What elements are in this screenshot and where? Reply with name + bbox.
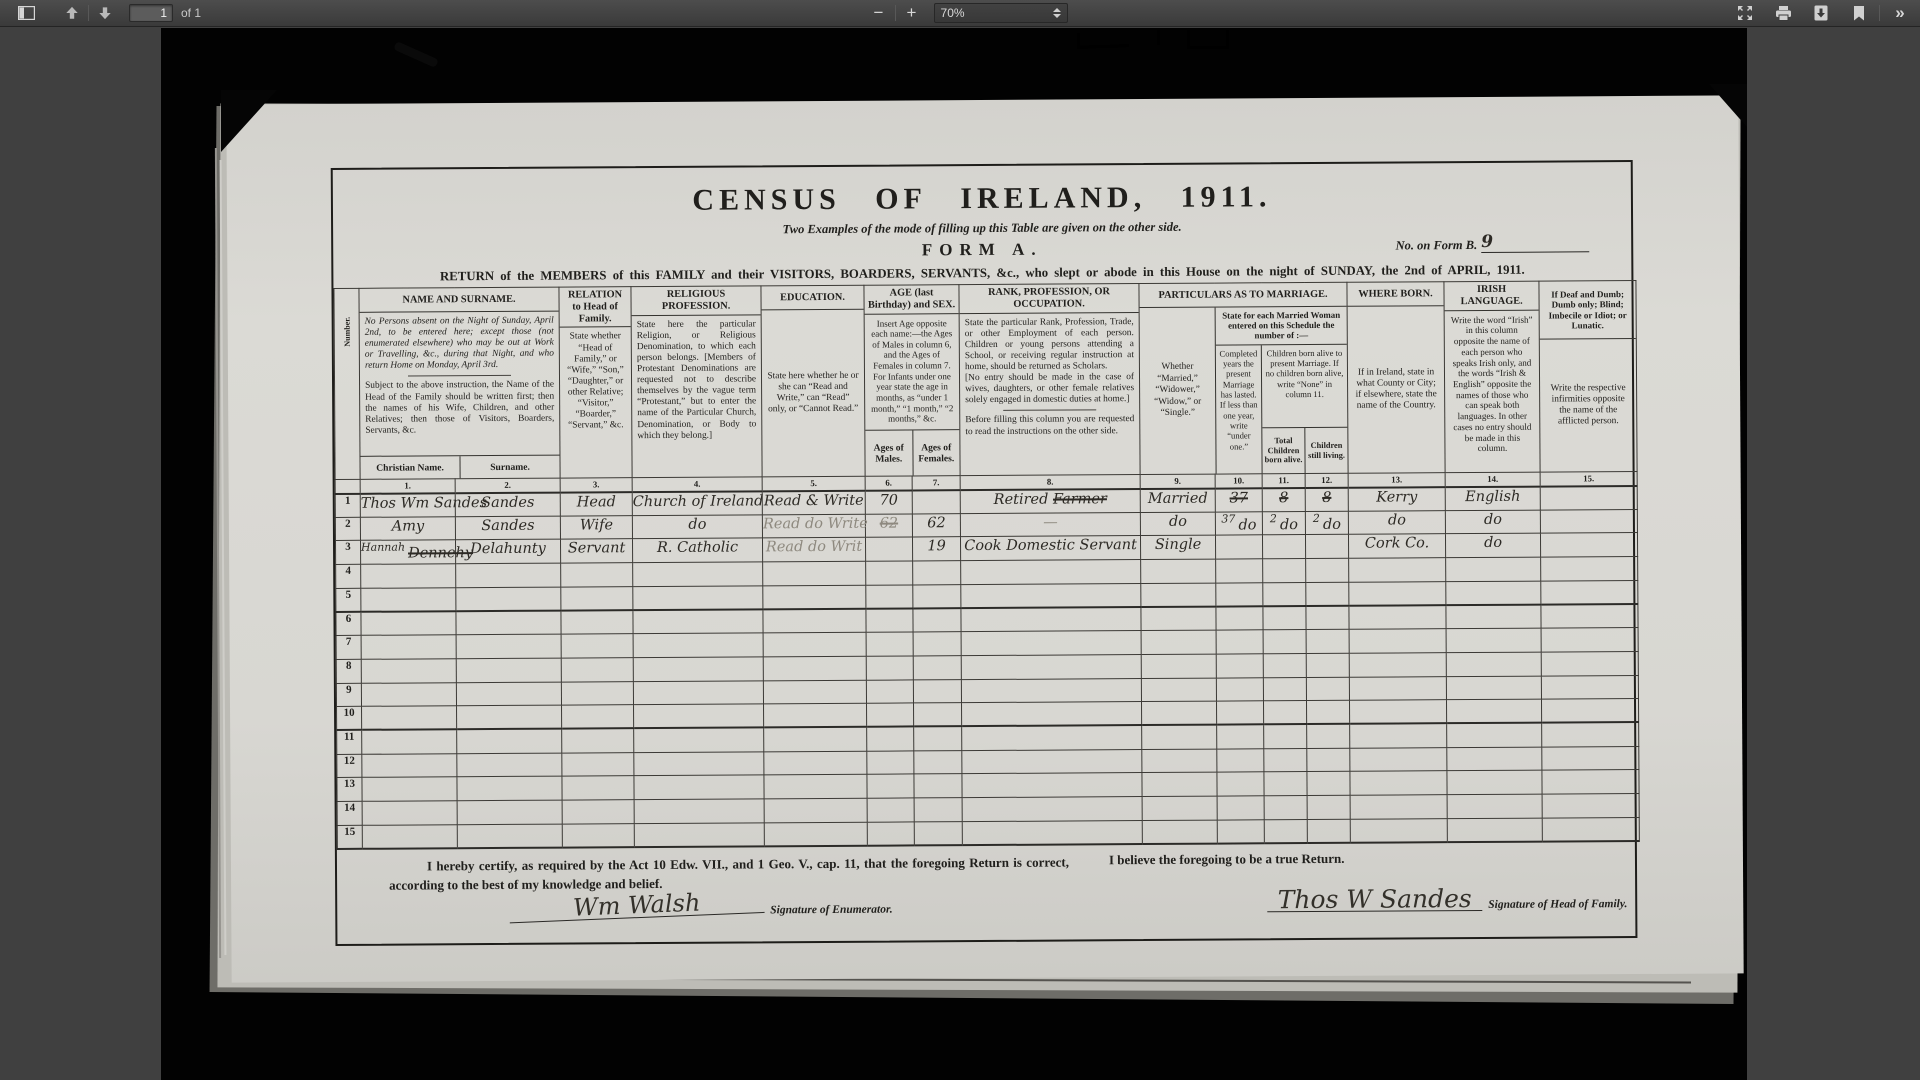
table-cell	[561, 586, 633, 610]
handwritten-entry: Cork Co.	[1365, 536, 1429, 552]
table-cell	[914, 727, 962, 751]
table-cell: —	[960, 512, 1140, 537]
table-cell	[962, 773, 1142, 798]
table-cell	[362, 824, 457, 848]
table-cell	[1141, 630, 1216, 654]
table-cell	[914, 750, 962, 774]
column-number: 3.	[560, 478, 632, 492]
table-cell	[1447, 747, 1542, 771]
occupation-instruction-3: Before filling this column you are reque…	[965, 414, 1134, 436]
table-cell	[362, 801, 457, 825]
name-instruction-1: No Persons absent on the Night of Sunday…	[365, 316, 554, 372]
header-infirmity: If Deaf and Dumb; Dumb only; Blind; Imbe…	[1539, 281, 1637, 473]
table-cell	[1142, 725, 1217, 749]
table-cell	[1542, 817, 1639, 841]
form-b-label: No. on Form B.	[1396, 238, 1478, 253]
column-number: 12.	[1305, 473, 1348, 487]
column-number: 9.	[1140, 474, 1215, 488]
table-cell	[764, 703, 867, 727]
table-cell	[914, 703, 962, 727]
table-cell: 37do	[1215, 511, 1262, 535]
handwritten-entry: Read & Write	[764, 492, 864, 509]
table-cell	[1307, 724, 1350, 748]
table-cell: 37	[1215, 488, 1262, 512]
table-cell	[1541, 628, 1638, 652]
table-cell	[1542, 722, 1639, 746]
zoom-in-button[interactable]: +	[900, 2, 924, 24]
form-b-value: 9	[1481, 232, 1493, 252]
handwritten-entry: 37	[1221, 512, 1235, 525]
table-cell	[456, 587, 561, 611]
download-button[interactable]	[1809, 2, 1833, 24]
zoom-level-value: 70%	[941, 6, 1053, 20]
marriage-years-header: Completed years the present Marriage has…	[1216, 345, 1263, 474]
table-cell	[1142, 772, 1217, 796]
toolbar-divider	[88, 5, 89, 21]
table-cell	[562, 752, 634, 776]
table-cell	[457, 800, 562, 824]
row-number: 10	[337, 706, 362, 730]
table-cell	[1350, 795, 1447, 819]
table-cell: Sandes	[455, 516, 560, 540]
table-cell	[763, 561, 866, 585]
table-cell	[457, 776, 562, 800]
table-cell: do	[1348, 510, 1445, 534]
head-of-family-signature: Thos W Sandes	[1267, 888, 1482, 913]
table-cell	[1216, 677, 1263, 701]
table-cell	[1447, 794, 1542, 818]
table-cell	[866, 537, 913, 561]
table-cell	[361, 611, 456, 635]
occupation-instruction-1: State the particular Rank, Profession, T…	[965, 317, 1134, 372]
table-cell	[457, 753, 562, 777]
table-cell	[867, 798, 914, 822]
table-cell: Thos Wm Sandes	[360, 493, 455, 517]
header-marriage: PARTICULARS AS TO MARRIAGE. Whether “Mar…	[1139, 282, 1348, 474]
table-cell	[1306, 677, 1349, 701]
form-header: CENSUS OF IRELAND, 1911. Two Examples of…	[333, 162, 1632, 288]
table-cell	[1217, 725, 1264, 749]
sidebar-toggle-button[interactable]	[14, 2, 38, 24]
header-religion: RELIGIOUS PROFESSION. State here the par…	[631, 286, 762, 478]
header-relation: RELATION to Head of Family. State whethe…	[559, 287, 632, 478]
header-age-sex: AGE (last Birthday) and SEX. Insert Age …	[864, 285, 960, 477]
table-cell	[867, 727, 914, 751]
sidebar-toggle-icon	[18, 6, 35, 20]
toolbar-divider	[1879, 5, 1880, 21]
children-note: Children born alive to present Marriage.…	[1262, 344, 1348, 427]
table-cell	[1350, 771, 1447, 795]
row-number: 11	[337, 730, 362, 754]
print-button[interactable]	[1771, 2, 1795, 24]
handwritten-entry: Head	[577, 494, 616, 510]
scanned-census-page: CENSUS OF IRELAND, 1911. Two Examples of…	[161, 28, 1747, 1080]
handwritten-entry: do	[1484, 535, 1502, 551]
handwritten-entry: Retired	[994, 491, 1053, 507]
table-cell	[1217, 748, 1264, 772]
column-number: 11.	[1262, 474, 1305, 488]
header-irish-language: IRISH LANGUAGE. Write the word “Irish” i…	[1444, 281, 1540, 473]
table-cell	[1350, 818, 1447, 842]
table-cell	[1306, 629, 1349, 653]
table-cell	[1216, 654, 1263, 678]
table-cell	[866, 679, 913, 703]
handwritten-entry: 70	[879, 492, 898, 508]
table-cell	[456, 658, 561, 682]
table-cell	[561, 634, 633, 658]
row-number: 7	[336, 635, 361, 659]
table-cell	[962, 820, 1142, 845]
pdf-viewer-toolbar: of 1 − + 70%	[0, 0, 1920, 27]
toolbar-overflow-icon: »	[1895, 4, 1904, 23]
handwritten-entry: do	[688, 516, 706, 532]
column-number: 7.	[912, 476, 960, 490]
table-cell: Kerry	[1348, 487, 1445, 511]
column-number: 4.	[632, 477, 762, 492]
ages-females-header: Ages of Females.	[912, 430, 960, 475]
column-number: 5.	[762, 476, 865, 491]
row-number: 4	[336, 564, 361, 588]
column-number: 2.	[455, 478, 560, 493]
row-number: 13	[337, 778, 362, 802]
page-number-input[interactable]	[129, 4, 173, 22]
zoom-level-select[interactable]: 70%	[934, 3, 1068, 23]
table-cell	[866, 632, 913, 656]
table-cell: do	[1140, 512, 1215, 536]
table-cell	[961, 678, 1141, 703]
table-cell	[961, 654, 1141, 679]
table-cell	[1447, 723, 1542, 747]
table-cell: do	[1445, 510, 1540, 534]
handwritten-entry: Church of Ireland	[633, 493, 764, 510]
table-cell: Read & Write	[762, 490, 865, 514]
row-number: 2	[335, 517, 360, 541]
table-cell	[1141, 654, 1216, 678]
table-cell	[1217, 819, 1264, 843]
table-cell	[1446, 557, 1541, 581]
table-cell	[1306, 606, 1349, 630]
table-cell	[361, 635, 456, 659]
row-number: 12	[337, 754, 362, 778]
column-number: 15.	[1540, 472, 1637, 487]
table-cell	[633, 680, 763, 704]
table-cell	[866, 585, 913, 609]
table-cell	[362, 706, 457, 730]
zoom-out-icon: −	[874, 3, 884, 23]
handwritten-entry: English	[1465, 488, 1520, 504]
table-cell	[1447, 770, 1542, 794]
handwritten-entry: 37	[1230, 490, 1249, 506]
marriage-whether-header: Whether “Married,” “Widower,” “Widow,” o…	[1140, 308, 1217, 474]
presentation-mode-button[interactable]	[1733, 2, 1757, 24]
table-cell	[561, 610, 633, 634]
table-cell	[1307, 772, 1350, 796]
handwritten-entry: Married	[1148, 490, 1208, 506]
table-cell	[962, 749, 1142, 774]
zoom-out-button[interactable]: −	[867, 2, 891, 24]
toolbar-divider	[895, 5, 896, 21]
table-cell	[561, 657, 633, 681]
table-cell	[1141, 607, 1216, 631]
handwritten-entry: Wife	[580, 517, 613, 533]
table-cell	[914, 774, 962, 798]
table-cell: 62	[865, 514, 912, 538]
enumerator-certification: I hereby certify, as required by the Act…	[389, 852, 1097, 895]
table-cell	[361, 564, 456, 588]
table-cell: Single	[1141, 535, 1216, 559]
page-count-label: of 1	[181, 6, 201, 20]
table-cell	[1541, 604, 1638, 628]
table-cell	[1540, 486, 1637, 510]
ink-blot-artifact	[393, 41, 439, 68]
table-cell	[1263, 606, 1306, 630]
table-cell	[866, 656, 913, 680]
column-number-blank	[335, 479, 360, 493]
head-signature-label: Signature of Head of Family.	[1488, 898, 1627, 911]
name-instruction-2: Subject to the above instruction, the Na…	[365, 380, 554, 436]
table-cell	[1306, 535, 1349, 559]
table-cell	[961, 583, 1141, 608]
row-number: 1	[335, 493, 360, 517]
table-cell	[1217, 772, 1264, 796]
table-cell	[1263, 653, 1306, 677]
table-cell	[562, 800, 634, 824]
handwritten-entry: R. Catholic	[657, 540, 738, 556]
select-spinner-icon	[1053, 8, 1061, 18]
zoom-in-icon: +	[907, 3, 917, 23]
table-cell	[1349, 605, 1446, 629]
table-cell	[633, 609, 763, 633]
header-number-column: Number.	[334, 288, 360, 479]
table-cell	[1541, 651, 1638, 675]
handwritten-entry: 2	[1270, 512, 1277, 525]
table-cell	[456, 634, 561, 658]
table-cell	[764, 727, 867, 751]
table-cell	[914, 821, 962, 845]
table-cell	[1306, 653, 1349, 677]
table-cell	[1349, 676, 1446, 700]
table-cell	[1264, 772, 1307, 796]
table-cell	[1446, 652, 1541, 676]
handwritten-entry: —	[1043, 514, 1058, 530]
page-up-button[interactable]	[60, 2, 84, 24]
table-cell	[866, 608, 913, 632]
table-cell	[914, 798, 962, 822]
table-cell	[764, 751, 867, 775]
handwritten-entry: Sandes	[481, 494, 534, 510]
table-cell: 8	[1305, 487, 1348, 511]
table-cell	[1307, 819, 1350, 843]
table-cell	[362, 730, 457, 754]
column-number: 10.	[1215, 474, 1262, 488]
handwritten-entry: 2	[1313, 512, 1320, 525]
handwritten-entry: Read do Writ	[766, 539, 862, 556]
table-cell: 8	[1262, 488, 1305, 512]
table-cell	[1264, 724, 1307, 748]
table-cell: 70	[865, 490, 912, 514]
census-form-frame: CENSUS OF IRELAND, 1911. Two Examples of…	[331, 160, 1638, 946]
table-cell	[1263, 582, 1306, 606]
table-cell	[1446, 605, 1541, 629]
table-cell	[1264, 819, 1307, 843]
table-cell	[1216, 606, 1263, 630]
table-cell	[867, 774, 914, 798]
table-cell	[633, 562, 763, 586]
table-cell	[1142, 749, 1217, 773]
table-cell	[962, 796, 1142, 821]
row-number: 14	[337, 801, 362, 825]
table-cell	[763, 609, 866, 633]
table-cell	[1349, 629, 1446, 653]
table-cell	[1349, 558, 1446, 582]
table-cell	[1446, 676, 1541, 700]
census-form-paper: CENSUS OF IRELAND, 1911. Two Examples of…	[226, 95, 1743, 982]
table-cell	[1541, 580, 1638, 604]
table-cell	[1350, 700, 1447, 724]
row-number: 3	[335, 541, 360, 565]
table-cell: do	[1446, 533, 1541, 557]
table-cell: do	[632, 515, 762, 539]
table-cell	[961, 560, 1141, 585]
table-cell	[1217, 701, 1264, 725]
table-cell	[1263, 630, 1306, 654]
table-cell	[913, 561, 961, 585]
handwritten-entry: 8	[1279, 490, 1288, 506]
bookmark-button[interactable]	[1847, 2, 1871, 24]
table-cell	[764, 822, 867, 846]
bookmark-icon	[1853, 6, 1865, 21]
handwritten-entry: Farmer	[1053, 491, 1107, 507]
table-cell	[634, 704, 764, 728]
table-cell	[1541, 675, 1638, 699]
table-cell	[913, 608, 961, 632]
table-cell	[633, 633, 763, 657]
table-cell	[1349, 581, 1446, 605]
table-cell	[1542, 793, 1639, 817]
table-cell	[1446, 628, 1541, 652]
table-cell	[562, 705, 634, 729]
table-cell	[764, 798, 867, 822]
table-cell	[1306, 582, 1349, 606]
table-cell	[1307, 795, 1350, 819]
table-cell	[961, 607, 1141, 632]
table-cell	[867, 703, 914, 727]
handwritten-entry: Hannah	[361, 541, 405, 554]
handwritten-entry: do	[1388, 512, 1406, 528]
table-cell: Amy	[360, 516, 455, 540]
table-cell	[457, 705, 562, 729]
handwritten-entry: Dennehy	[408, 546, 473, 562]
table-cell	[1350, 724, 1447, 748]
table-cell: Servant	[561, 539, 633, 563]
table-cell	[1217, 796, 1264, 820]
pdf-viewer-canvas[interactable]: CENSUS OF IRELAND, 1911. Two Examples of…	[0, 28, 1920, 1080]
row-number: 6	[336, 612, 361, 636]
table-cell	[562, 823, 634, 847]
header-education: EDUCATION. State here whether he or she …	[761, 285, 865, 477]
table-cell: Read do Write	[762, 514, 865, 538]
occupation-instruction-2: [No entry should be made in the case of …	[965, 372, 1134, 405]
row-number: 15	[337, 825, 362, 849]
table-cell: Cork Co.	[1349, 534, 1446, 558]
header-occupation: RANK, PROFESSION, OR OCCUPATION. State t…	[959, 284, 1140, 476]
table-cell	[457, 729, 562, 753]
table-cell	[1141, 678, 1216, 702]
table-cell	[1216, 630, 1263, 654]
column-number: 8.	[960, 475, 1140, 490]
table-cell	[1216, 535, 1263, 559]
table-cell: 2do	[1262, 511, 1305, 535]
ages-males-header: Ages of Males.	[865, 430, 912, 475]
table-cell	[961, 631, 1141, 656]
table-cell	[867, 751, 914, 775]
table-cell	[634, 799, 764, 823]
table-cell	[456, 563, 561, 587]
table-cell	[763, 632, 866, 656]
table-cell	[1264, 701, 1307, 725]
page-up-icon	[65, 6, 79, 20]
handwritten-entry: Servant	[568, 541, 626, 557]
table-cell: Head	[560, 492, 632, 516]
toolbar-overflow-button[interactable]: »	[1888, 2, 1912, 24]
row-number: 9	[336, 683, 361, 707]
children-living-header: Children still living.	[1304, 428, 1347, 473]
print-icon	[1775, 6, 1792, 21]
table-cell	[562, 776, 634, 800]
table-cell	[1542, 746, 1639, 770]
table-cell	[634, 822, 764, 846]
handwritten-entry: do	[1484, 512, 1502, 528]
table-cell	[1306, 558, 1349, 582]
surname-header: Surname.	[460, 456, 560, 479]
table-cell: Wife	[560, 515, 632, 539]
handwritten-entry: do	[1169, 513, 1187, 529]
table-cell	[1540, 509, 1637, 533]
marriage-note: State for each Married Woman entered on …	[1216, 307, 1347, 346]
table-cell	[1216, 583, 1263, 607]
handwritten-entry: do	[1280, 517, 1298, 533]
table-cell	[562, 729, 634, 753]
handwritten-entry: Cook Domestic Servant	[964, 537, 1137, 554]
table-cell	[1541, 533, 1638, 557]
table-cell	[763, 585, 866, 609]
table-cell	[913, 679, 961, 703]
table-cell	[913, 632, 961, 656]
table-cell	[867, 822, 914, 846]
table-cell	[763, 656, 866, 680]
page-down-button[interactable]	[93, 2, 117, 24]
table-cell	[763, 680, 866, 704]
handwritten-entry: 19	[927, 539, 946, 555]
table-cell: 62	[912, 513, 960, 537]
table-cell	[1446, 581, 1541, 605]
table-cell	[1542, 770, 1639, 794]
table-cell	[1349, 652, 1446, 676]
presentation-mode-icon	[1737, 5, 1753, 21]
table-cell	[1142, 701, 1217, 725]
table-cell	[1350, 747, 1447, 771]
table-cell	[1447, 699, 1542, 723]
table-cell: Married	[1140, 488, 1215, 512]
table-cell	[764, 774, 867, 798]
handwritten-entry: 62	[927, 515, 946, 531]
row-number: 8	[336, 659, 361, 683]
table-cell	[1263, 535, 1306, 559]
census-table: Number. NAME AND SURNAME. No Persons abs…	[333, 280, 1639, 850]
table-cell	[1216, 559, 1263, 583]
pencil-mark	[1077, 31, 1130, 49]
table-cell	[361, 659, 456, 683]
